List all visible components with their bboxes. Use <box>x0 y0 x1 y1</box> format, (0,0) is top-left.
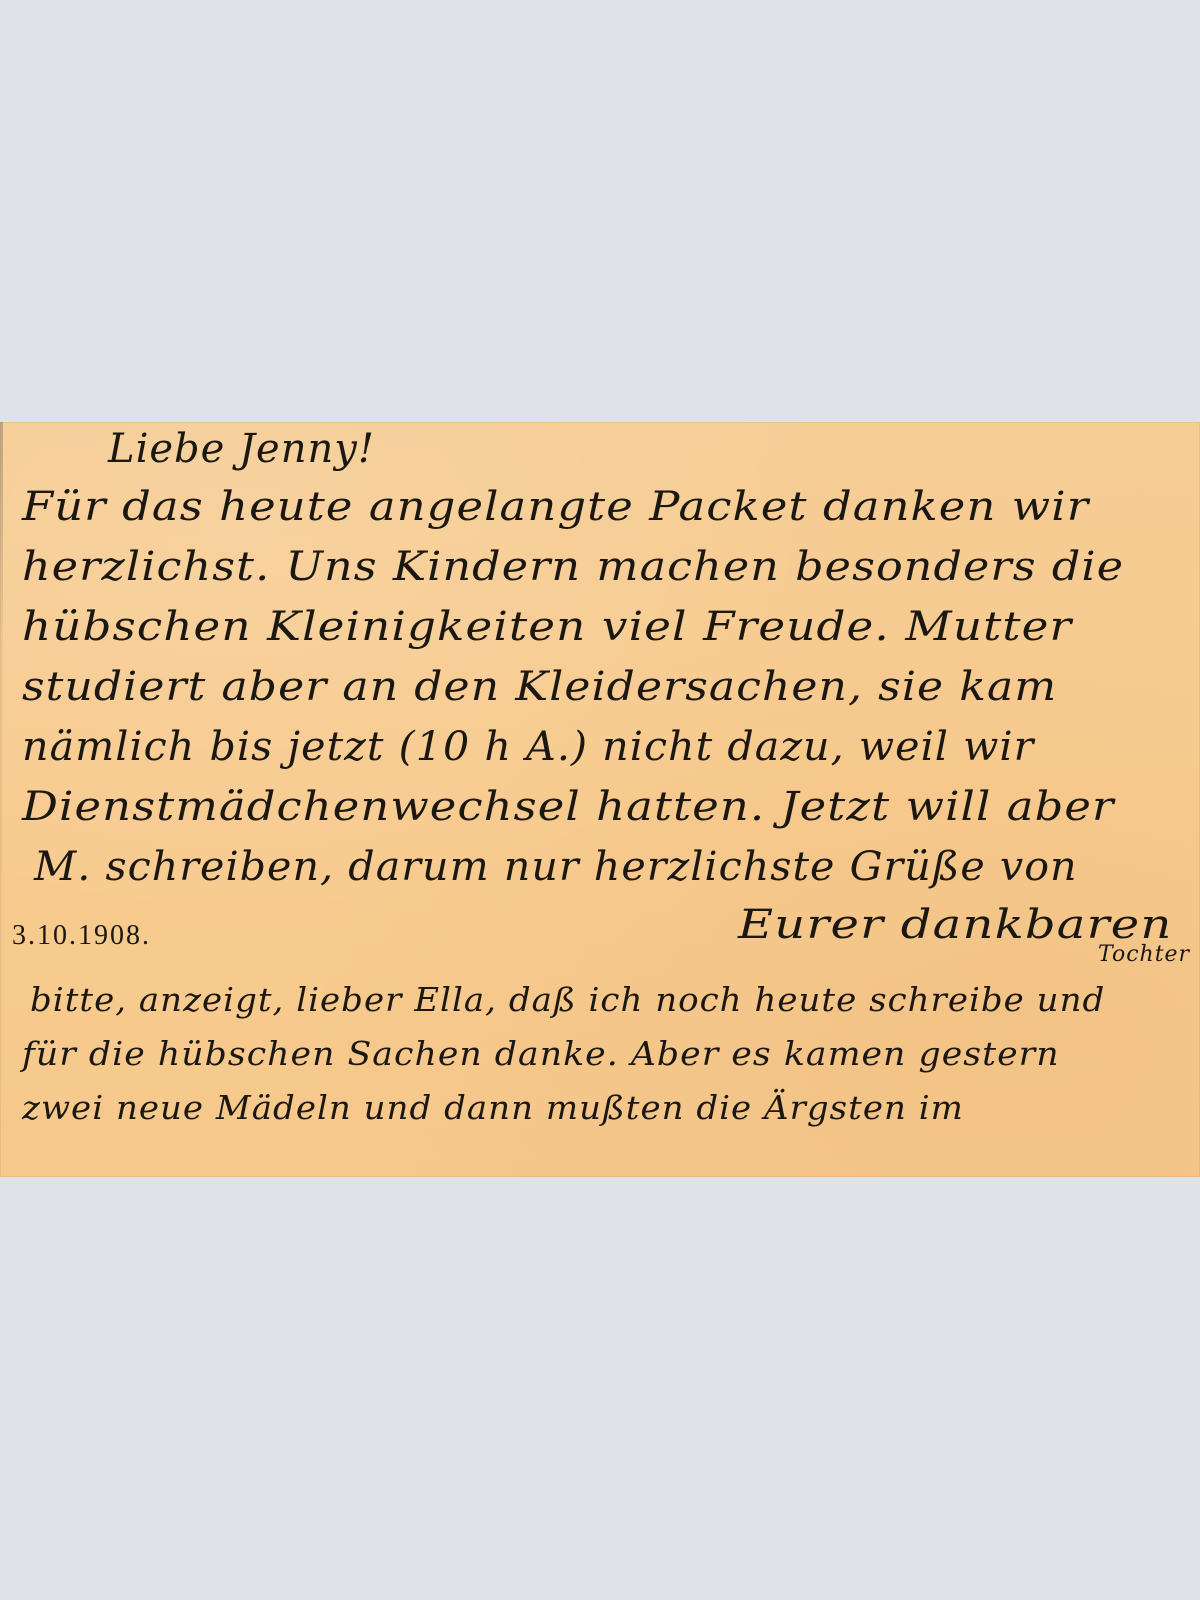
postscript-line-3: zwei neue Mädeln und dann mußten die Ärg… <box>22 1088 964 1127</box>
body-line-2: herzlichst. Uns Kindern machen besonders… <box>22 544 1124 590</box>
body-line-1: Für das heute angelangte Packet danken w… <box>22 484 1089 530</box>
body-line-4: studiert aber an den Kleidersachen, sie … <box>22 664 1057 710</box>
body-line-6: Dienstmädchenwechsel hatten. Jetzt will … <box>22 784 1115 830</box>
postcard: Liebe Jenny! Für das heute angelangte Pa… <box>0 422 1200 1177</box>
body-line-7: M. schreiben, darum nur herzlichste Grüß… <box>34 844 1078 890</box>
date: 3.10.1908. <box>12 920 151 952</box>
postscript-line-2: für die hübschen Sachen danke. Aber es k… <box>22 1034 1060 1073</box>
salutation: Liebe Jenny! <box>108 426 375 472</box>
body-line-3: hübschen Kleinigkeiten viel Freude. Mutt… <box>22 604 1072 650</box>
body-line-5: nämlich bis jetzt (10 h A.) nicht dazu, … <box>22 724 1034 770</box>
closing-tail: Tochter <box>1098 942 1190 967</box>
postscript-line-1: bitte, anzeigt, lieber Ella, daß ich noc… <box>30 980 1105 1019</box>
page-background: Liebe Jenny! Für das heute angelangte Pa… <box>0 0 1200 1600</box>
